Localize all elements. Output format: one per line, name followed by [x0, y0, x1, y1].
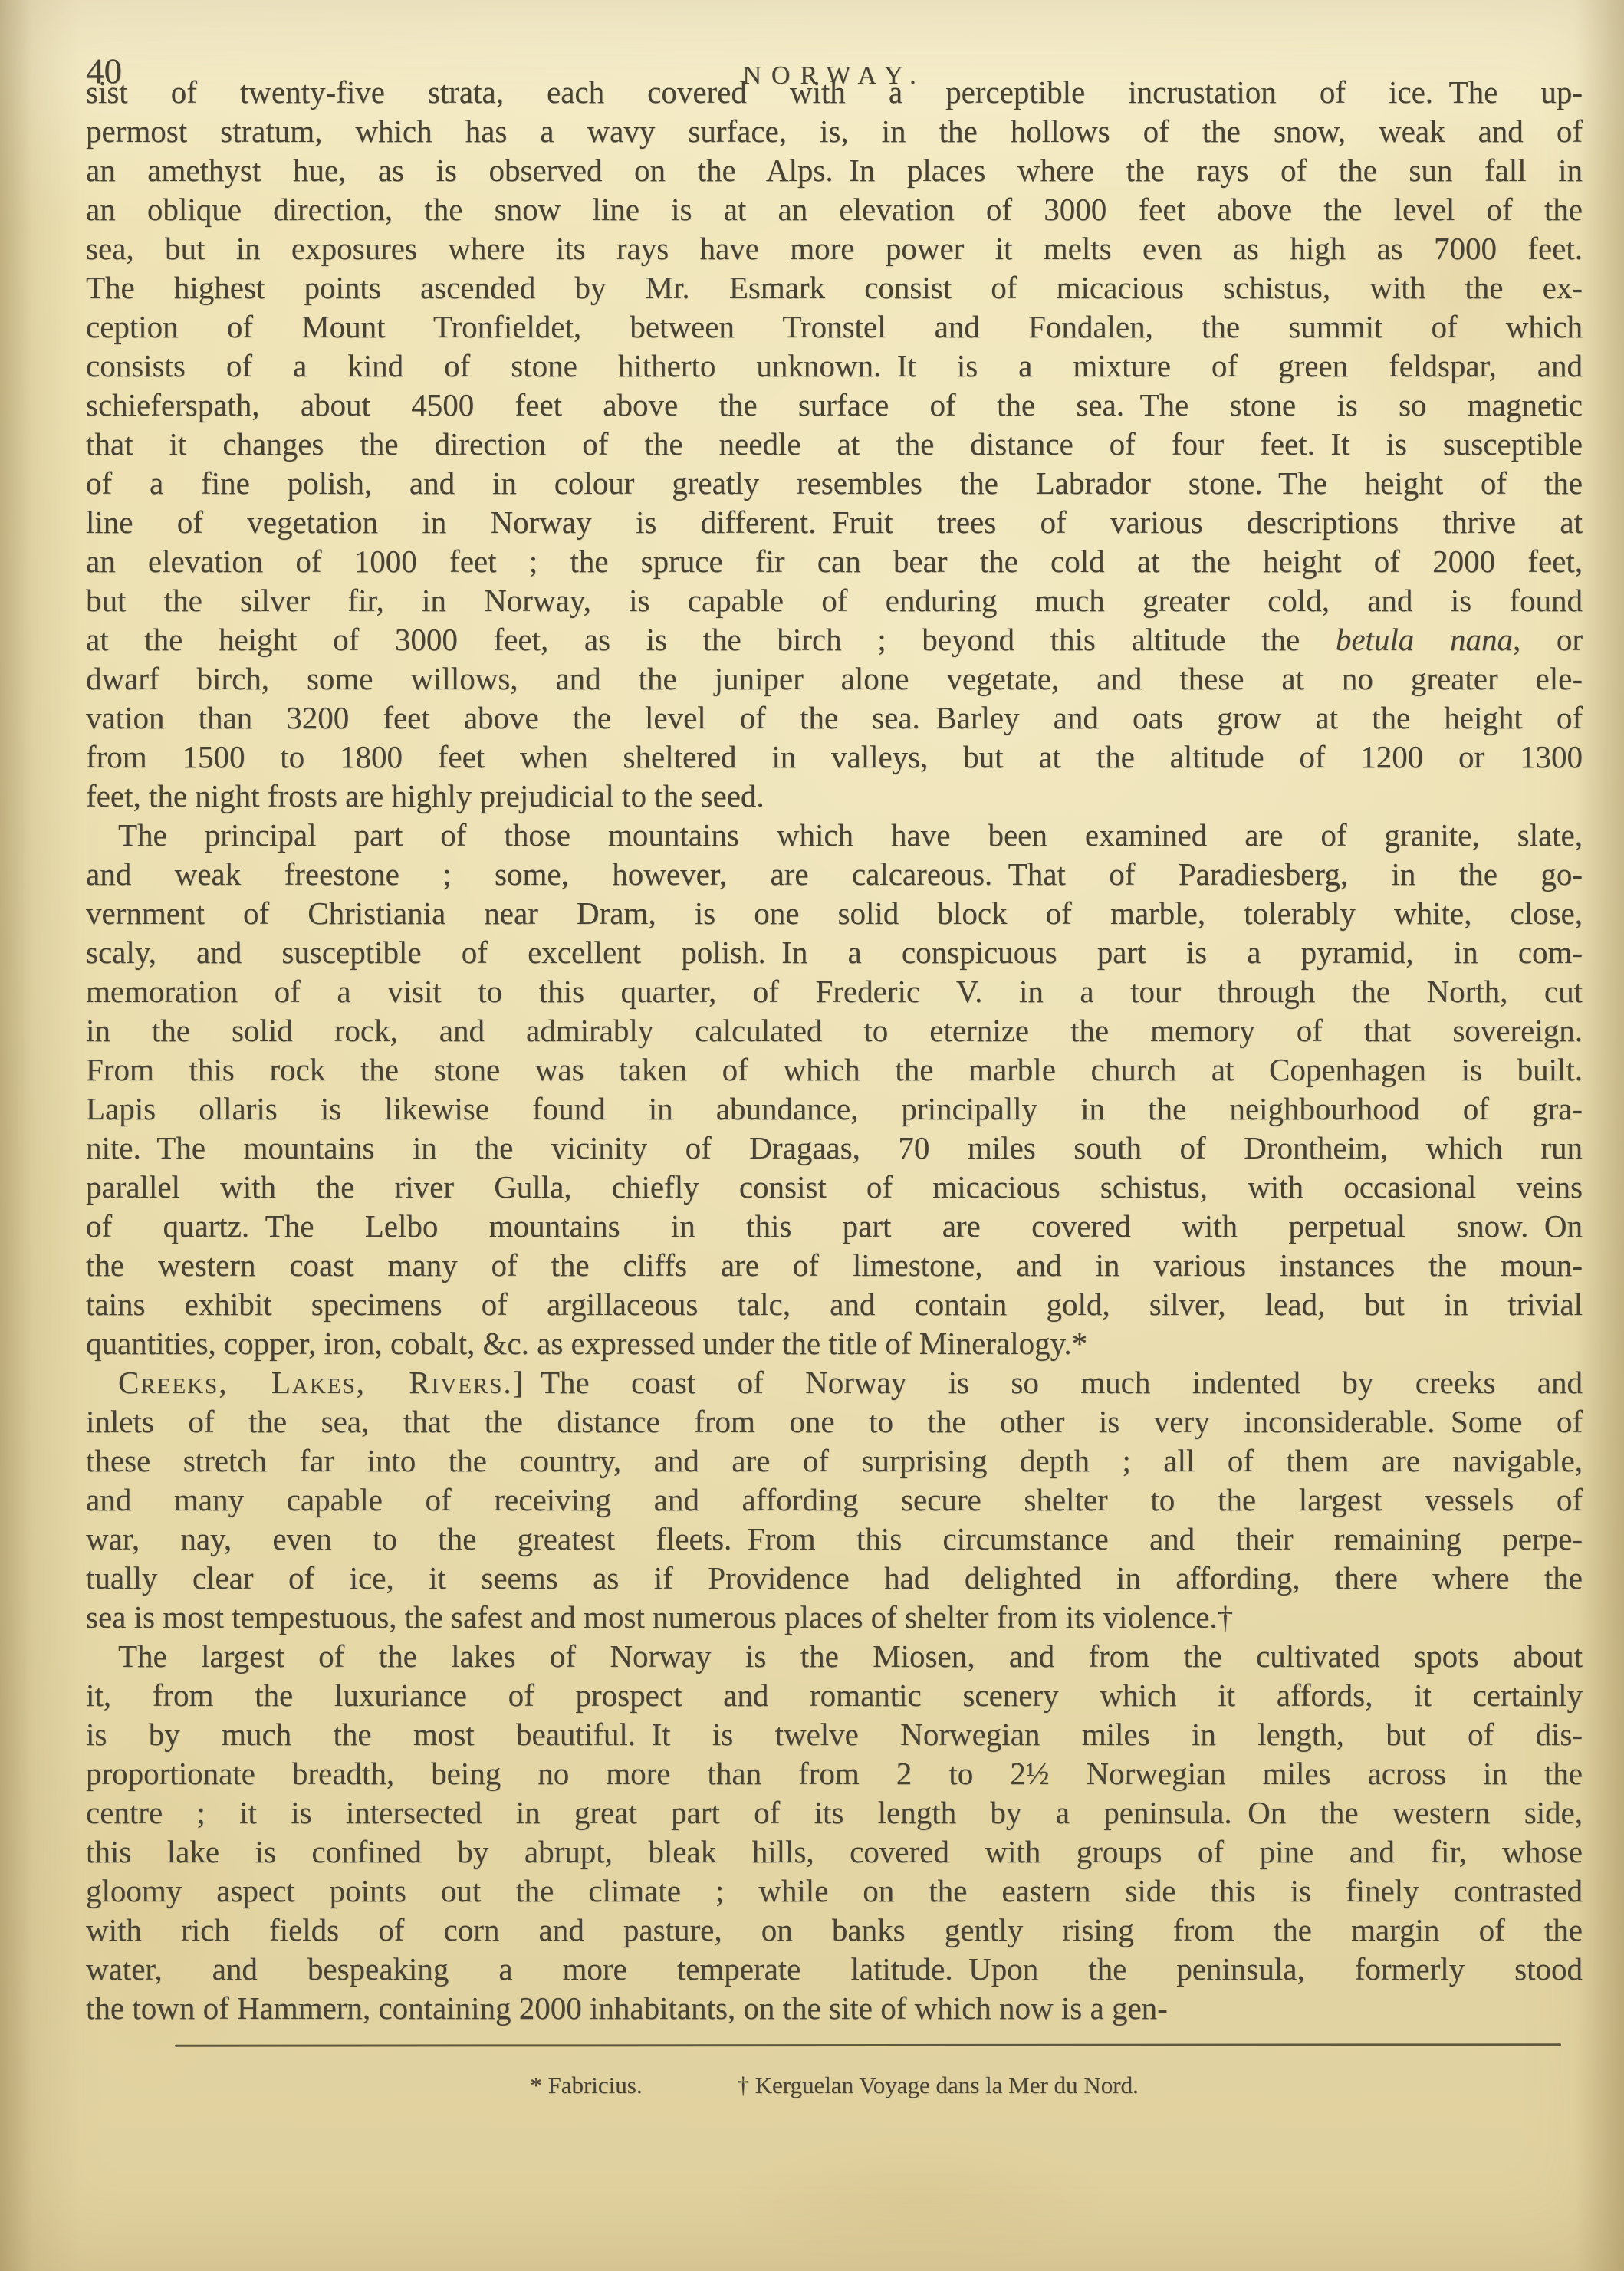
text-line: ception of Mount Tronfieldet, between Tr…: [86, 307, 1583, 347]
text-segment: The coast of Norway is so much indented …: [524, 1365, 1583, 1400]
paragraph: The principal part of those mountains wh…: [86, 816, 1583, 1363]
paragraph: The largest of the lakes of Norway is th…: [86, 1637, 1583, 2028]
text-line: is by much the most beautiful. It is twe…: [86, 1715, 1583, 1754]
text-line: memoration of a visit to this quarter, o…: [86, 972, 1583, 1011]
text-line: war, nay, even to the greatest fleets. F…: [86, 1520, 1583, 1559]
text-line: these stretch far into the country, and …: [86, 1441, 1583, 1481]
text-line: this lake is confined by abrupt, bleak h…: [86, 1832, 1583, 1872]
text-line: The largest of the lakes of Norway is th…: [86, 1637, 1583, 1676]
text-line: scaly, and susceptible of excellent poli…: [86, 933, 1583, 972]
text-line: line of vegetation in Norway is differen…: [86, 503, 1583, 542]
text-line: water, and bespeaking a more temperate l…: [86, 1950, 1583, 1989]
book-page: 40 NORWAY. sist of twenty-five strata, e…: [0, 0, 1624, 2271]
text-line: of quartz. The Lelbo mountains in this p…: [86, 1207, 1583, 1246]
text-line: dwarf birch, some willows, and the junip…: [86, 659, 1583, 698]
text-line: Lapis ollaris is likewise found in abund…: [86, 1089, 1583, 1129]
text-line: an oblique direction, the snow line is a…: [86, 190, 1583, 229]
text-line: it, from the luxuriance of prospect and …: [86, 1676, 1583, 1715]
text-line: sea is most tempestuous, the safest and …: [86, 1598, 1583, 1637]
text-line: the town of Hammern, containing 2000 inh…: [86, 1989, 1583, 2028]
text-line: in the solid rock, and admirably calcula…: [86, 1011, 1583, 1050]
text-line: From this rock the stone was taken of wh…: [86, 1050, 1583, 1089]
text-line: sea, but in exposures where its rays hav…: [86, 229, 1583, 268]
text-line: feet, the night frosts are highly prejud…: [86, 777, 1583, 816]
text-segment: , or: [1513, 622, 1583, 657]
text-line: the western coast many of the cliffs are…: [86, 1246, 1583, 1285]
body-text: sist of twenty-five strata, each covered…: [86, 73, 1583, 2028]
footnotes: * Fabricius. † Kerguelan Voyage dans la …: [86, 2070, 1583, 2101]
text-line: Creeks, Lakes, Rivers.] The coast of Nor…: [86, 1363, 1583, 1402]
text-line: of a fine polish, and in colour greatly …: [86, 464, 1583, 503]
section-heading: Creeks, Lakes, Rivers.]: [118, 1365, 524, 1400]
footnote: † Kerguelan Voyage dans la Mer du Nord.: [737, 2072, 1138, 2098]
paragraph: Creeks, Lakes, Rivers.] The coast of Nor…: [86, 1363, 1583, 1637]
text-line: that it changes the direction of the nee…: [86, 425, 1583, 464]
text-line: an amethyst hue, as is observed on the A…: [86, 151, 1583, 190]
text-line: sist of twenty-five strata, each covered…: [86, 73, 1583, 112]
text-line: parallel with the river Gulla, chiefly c…: [86, 1168, 1583, 1207]
text-line: inlets of the sea, that the distance fro…: [86, 1402, 1583, 1441]
text-line: consists of a kind of stone hitherto unk…: [86, 347, 1583, 386]
text-line: an elevation of 1000 feet ; the spruce f…: [86, 542, 1583, 581]
text-line: and weak freestone ; some, however, are …: [86, 855, 1583, 894]
text-line: The highest points ascended by Mr. Esmar…: [86, 268, 1583, 307]
text-line: quantities, copper, iron, cobalt, &c. as…: [86, 1324, 1583, 1363]
footnote-divider: [175, 2043, 1561, 2047]
text-line: but the silver fir, in Norway, is capabl…: [86, 581, 1583, 620]
text-line: permost stratum, which has a wavy surfac…: [86, 112, 1583, 151]
paper-stain: [728, 2131, 1112, 2269]
text-line: schieferspath, about 4500 feet above the…: [86, 386, 1583, 425]
text-line: proportionate breadth, being no more tha…: [86, 1754, 1583, 1793]
footnote: * Fabricius.: [530, 2072, 642, 2098]
text-line: gloomy aspect points out the climate ; w…: [86, 1872, 1583, 1911]
italic-text: betula nana: [1336, 622, 1513, 657]
text-line: tually clear of ice, it seems as if Prov…: [86, 1559, 1583, 1598]
paragraph: sist of twenty-five strata, each covered…: [86, 73, 1583, 816]
text-line: centre ; it is intersected in great part…: [86, 1793, 1583, 1832]
text-line: nite. The mountains in the vicinity of D…: [86, 1129, 1583, 1168]
text-line: at the height of 3000 feet, as is the bi…: [86, 620, 1583, 659]
text-line: vation than 3200 feet above the level of…: [86, 698, 1583, 738]
text-line: vernment of Christiania near Dram, is on…: [86, 894, 1583, 933]
text-segment: at the height of 3000 feet, as is the bi…: [86, 622, 1336, 657]
text-line: and many capable of receiving and afford…: [86, 1481, 1583, 1520]
text-line: with rich fields of corn and pasture, on…: [86, 1911, 1583, 1950]
text-line: The principal part of those mountains wh…: [86, 816, 1583, 855]
text-line: tains exhibit specimens of argillaceous …: [86, 1285, 1583, 1324]
text-line: from 1500 to 1800 feet when sheltered in…: [86, 738, 1583, 777]
